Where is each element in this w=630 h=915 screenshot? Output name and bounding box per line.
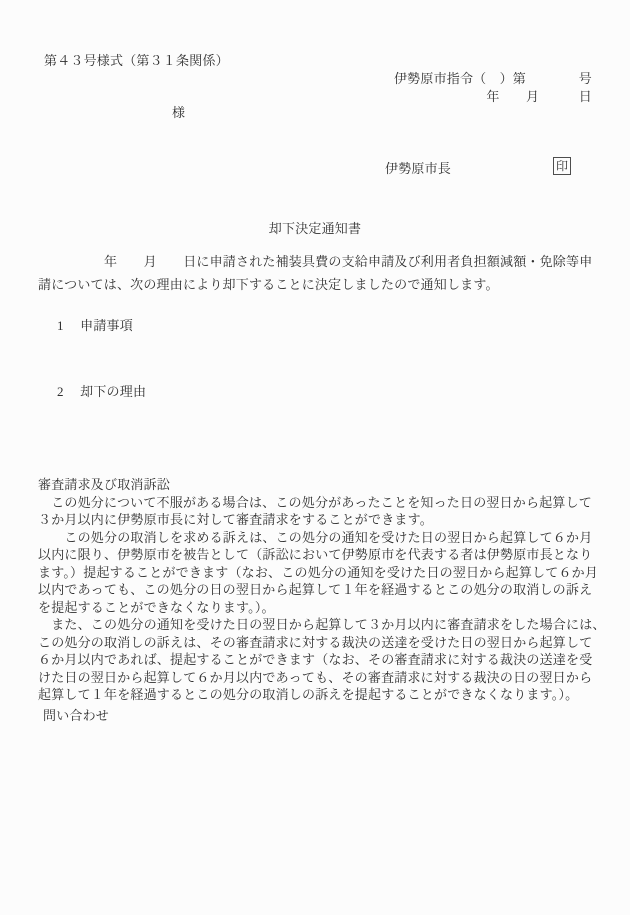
appeal-line: 以内に限り、伊勢原市を被告として（訴訟において伊勢原市を代表する者は伊勢原市長と… [38,546,606,564]
mayor-name: 伊勢原市長 [385,158,451,177]
directive-number: 伊勢原市指令（ ）第 号 [394,68,592,87]
contact-heading: 問い合わせ [43,705,109,724]
appeal-line: この処分について不服がある場合は、この処分があったことを知った日の翌日から起算し… [38,494,606,512]
appeal-line: 起算して１年を経過するとこの処分の取消しの訴えを提起することができなくなります。… [38,686,606,704]
page-title: 却下決定通知書 [0,218,630,237]
appeal-line: この処分の取消しを求める訴えは、この処分の通知を受けた日の翌日から起算して６か月 [38,529,606,547]
section-2-label: 却下の理由 [80,381,146,400]
appeal-notice: 審査請求及び取消訴訟 この処分について不服がある場合は、この処分があったことを知… [38,476,606,704]
appeal-line: また、この処分の通知を受けた日の翌日から起算して３か月以内に審査請求をした場合に… [38,616,606,634]
section-application-items: 1 申請事項 [57,315,133,334]
notification-body-line-1: 年 月 日に申請された補装具費の支給申請及び利用者負担額減額・免除等申 [38,250,592,273]
appeal-line: 以内であっても、この処分の日の翌日から起算して１年を経過するとこの処分の取消しの… [38,581,606,599]
appeal-line: を提起することができなくなります。）。 [38,599,606,617]
appeal-line: ます。）提起することができます（なお、この処分の通知を受けた日の翌日から起算して… [38,564,606,582]
appeal-line: けた日の翌日から起算して６か月以内であっても、その審査請求に対する裁決の日の翌日… [38,669,606,687]
notification-body-line-2: 請については、次の理由により却下することに決定しましたので通知します。 [38,273,592,296]
addressee-suffix: 様 [172,102,185,121]
notification-body: 年 月 日に申請された補装具費の支給申請及び利用者負担額減額・免除等申 請につい… [38,250,592,296]
appeal-line: この処分の取消しの訴えは、その審査請求に対する裁決の送達を受けた日の翌日から起算… [38,634,606,652]
form-number: 第４３号様式（第３１条関係） [44,50,229,69]
appeal-line: ３か月以内に伊勢原市長に対して審査請求をすることができます。 [38,511,606,529]
rejection-notice-document: 第４３号様式（第３１条関係） 伊勢原市指令（ ）第 号 年 月 日 様 伊勢原市… [0,0,630,915]
appeal-line: ６か月以内であれば、提起することができます（なお、その審査請求に対する裁決の送達… [38,651,606,669]
seal-mark: 印 [553,157,571,175]
issue-date: 年 月 日 [486,86,592,105]
section-rejection-reason: 2 却下の理由 [57,381,146,400]
section-2-number: 2 [57,384,64,400]
section-1-number: 1 [57,318,64,334]
section-1-label: 申請事項 [80,315,133,334]
appeal-heading: 審査請求及び取消訴訟 [38,476,606,494]
